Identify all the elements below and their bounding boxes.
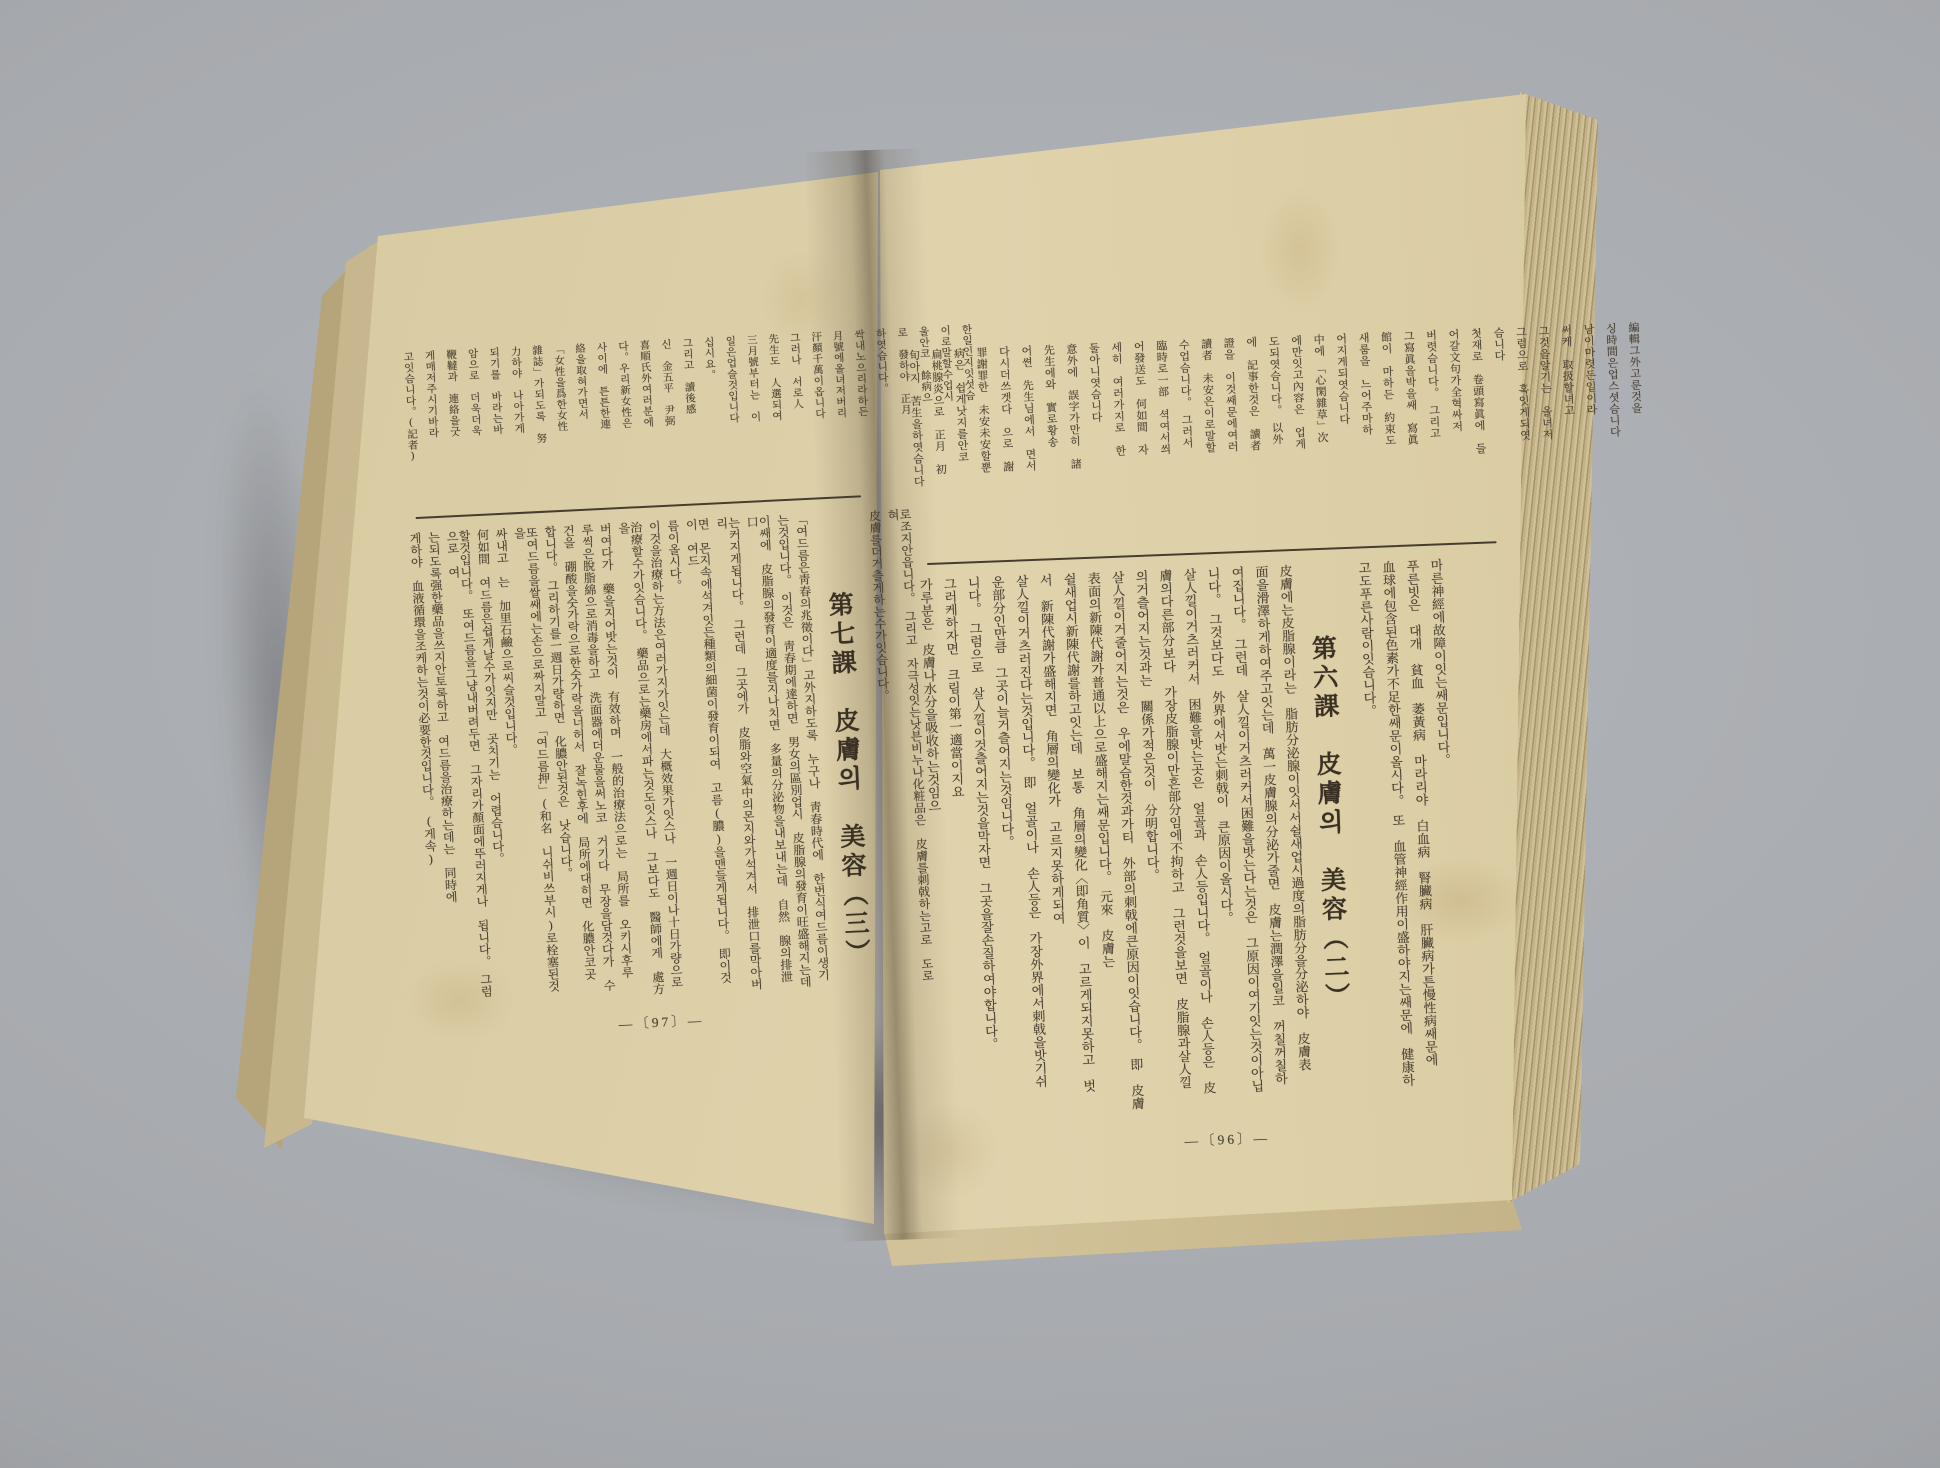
text-column: 고잇슴니다。(記者)	[400, 351, 423, 510]
left-page-lesson: 로조지안읍니다。 그리고 자극성잇는낫븐비누나化粧品은 皮膚를刺戟하는고로 도로…	[402, 508, 934, 1006]
text-column: 게매저주시기바라	[421, 350, 444, 509]
text-column: 어지게되엿슴니다	[1332, 333, 1356, 538]
text-column: 어갈文句가全혁싸저	[1445, 328, 1469, 533]
photo-background: 한일인지잇섯슴이로말할수업시울안코 餘病으로 發하야 正月하엿슴니다。싹내노으리…	[0, 0, 1940, 1468]
text-column: 새룸을 느어주마하	[1355, 332, 1379, 537]
text-column: 일은업슬것입니다	[722, 335, 745, 494]
text-column: 싹내노으리라하든	[851, 329, 874, 488]
right-preheading-columns: 마른神經에故障이잇는쌔문입니다。푸른빗은 대개 貧血 萎黃病 마라리야 白血病 …	[1346, 558, 1463, 1106]
text-column: 십시요。	[701, 336, 724, 495]
text-column: 써케 取扱할녀고	[1557, 324, 1581, 529]
text-column: 先生도 人選되여	[765, 333, 788, 492]
text-column: 病은 쉽게낫지를안코	[950, 347, 974, 552]
text-column: 남이마렷든일이라	[1580, 323, 1604, 528]
left-page-editor-note: 한일인지잇섯슴이로말할수업시울안코 餘病으로 發하야 正月하엿슴니다。싹내노으리…	[392, 294, 981, 510]
left-page-content: 한일인지잇섯슴이로말할수업시울안코 餘病으로 發하야 正月하엿슴니다。싹내노으리…	[392, 299, 900, 1101]
left-lesson-heading: 第七課 皮膚의 美容（三）	[822, 511, 870, 986]
text-column: 수업슴니다。 그러서	[1175, 339, 1199, 544]
text-column: 싱時間은업스셧슴니다	[1602, 322, 1626, 527]
text-column: 그寫眞을박을쌔 寫眞	[1400, 330, 1424, 535]
text-column: 中에 「心閑雜草」次	[1310, 334, 1334, 539]
text-column: 罪謝罪한 未安未安할뿐	[973, 347, 997, 552]
text-column: 어쎤 先生님에서 면서	[1018, 345, 1042, 550]
text-column: 意外에 誤字가만히 諸	[1063, 343, 1087, 548]
text-column: 신 金五平 尹弼	[658, 338, 681, 497]
text-column: 에만잇고內容은 업게	[1287, 334, 1311, 539]
text-column: 汗顏千萬이옵니다	[808, 331, 831, 490]
text-column: 둘아니엿슴니다	[1085, 342, 1109, 547]
text-column: 喜順氏外여러분에	[636, 339, 659, 498]
left-body-columns: 「여드름은靑春의兆徵이다」고外지하도록 누구나 靑春時代에 한번식여드름이생기는…	[402, 513, 830, 1006]
text-column: 에 記事한것은 讀者	[1243, 336, 1267, 541]
text-column: 슴니다	[1490, 327, 1514, 532]
text-column: 雜誌」가되도록 努	[529, 345, 552, 504]
text-column: 그리고 讀後感	[679, 337, 702, 496]
right-body-columns: 皮膚에는皮脂腺이라는 脂肪分泌腺이잇서서쉴새업시過度의脂肪分을分泌하야 皮膚表面…	[908, 564, 1313, 1123]
text-column: 力하야 나아가게	[507, 346, 530, 505]
text-column: 사이에 튼튼한連	[593, 341, 616, 500]
text-column: 臨時로一部 셕여서씌	[1153, 340, 1177, 545]
text-column: 암으로 더욱더욱	[464, 348, 487, 507]
right-top-columns: 編輯그外고룬것을싱時間은업스셧슴니다남이마렷든일이라써케 取扱할녀고그것을알기는…	[905, 321, 1648, 554]
right-page-number: —〔96〕—	[929, 1117, 1525, 1160]
text-column: 그럼으로 혹잇게되엿	[1512, 326, 1536, 531]
text-column: 館이 마하든 約束도	[1377, 331, 1401, 536]
text-column: 先生에와 實로황송	[1040, 344, 1064, 549]
right-page-content: 編輯그外고룬것을싱時間은업스셧슴니다남이마렷든일이라써케 取扱할녀고그것을알기는…	[898, 307, 1527, 1209]
text-column: 三月號부터는 이	[744, 334, 767, 493]
text-column: 그것을알기는 올녀저	[1535, 325, 1559, 530]
right-lesson-heading: 第六課 皮膚의 美容（二）	[1306, 563, 1352, 1109]
text-column: 證을 이것쌔문에여러	[1220, 337, 1244, 542]
left-top-columns: 한일인지잇섯슴이로말할수업시울안코 餘病으로 發하야 正月하엿슴니다。싹내노으리…	[400, 324, 981, 510]
text-column: 어發送도 何如間 자	[1130, 340, 1154, 545]
text-column: 編輯그外고룬것을	[1625, 321, 1649, 526]
text-column: 그러나 서로人	[786, 332, 809, 491]
text-column: 되기를 바라는바	[486, 347, 509, 506]
text-column: 月號에올녀저버리	[829, 330, 852, 489]
text-column: 讀者 未安은이로말할	[1198, 338, 1222, 543]
text-column: 첫재로 卷頭寫眞에 들	[1467, 328, 1491, 533]
text-column: 버렷슴니다。 그리고	[1422, 329, 1446, 534]
text-column: 鞭韃과 連絡을굿	[443, 349, 466, 508]
text-column: 세히 여러가지로 한	[1108, 341, 1132, 546]
text-column: 扁桃腺炎으로 正月 初	[928, 348, 952, 553]
text-column: 다시더쓰겟다 으로 謝	[995, 346, 1019, 551]
text-column: 다。우리新女性은	[615, 340, 638, 499]
right-page-editor-note: 編輯그外고룬것을싱時間은업스셧슴니다남이마렷든일이라써케 取扱할녀고그것을알기는…	[898, 301, 1649, 554]
text-column: 「女性을爲한女性	[550, 344, 573, 503]
text-column: 도되엿슴니다。 以外	[1265, 335, 1289, 540]
text-column: 하엿슴니다。	[872, 328, 895, 487]
text-column: 旬아지 苦生을하엿슴니다	[905, 349, 929, 554]
left-page-number: —〔97〕—	[426, 999, 896, 1042]
text-column: 絡을取혀가면서	[572, 343, 595, 502]
right-page-lesson: 마른神經에故障이잇는쌔문입니다。푸른빗은 대개 貧血 萎黃病 마라리야 白血病 …	[908, 558, 1464, 1123]
